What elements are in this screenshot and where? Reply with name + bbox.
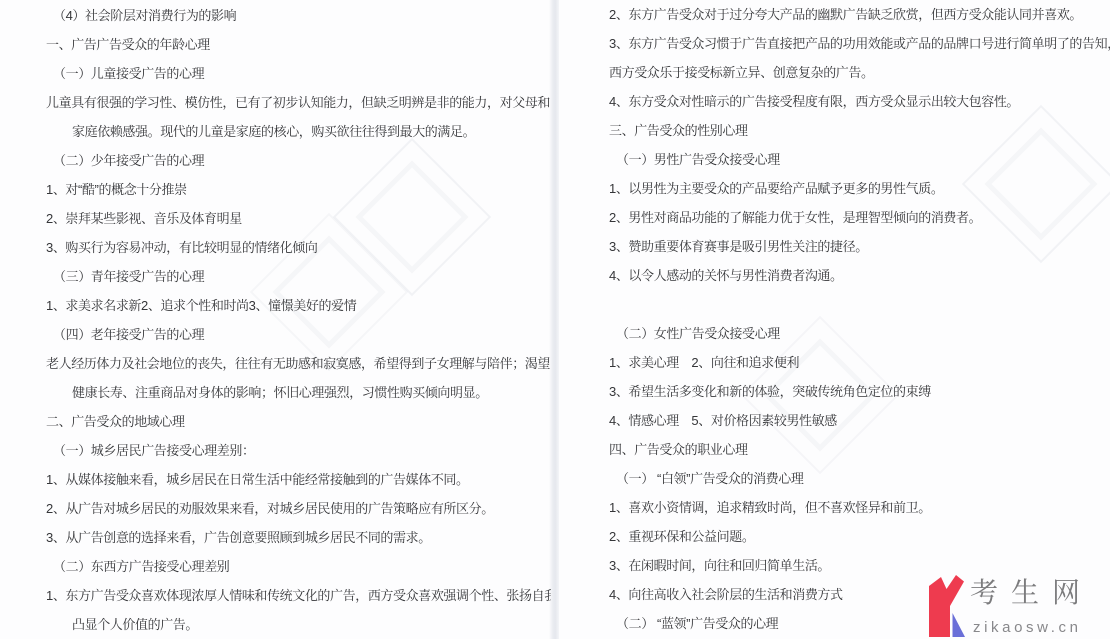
text-line: 儿童具有很强的学习性、模仿性，已有了初步认知能力，但缺乏明辨是非的能力，对父母和 — [46, 88, 551, 117]
text-line: （一） “白领”广告受众的消费心理 — [609, 464, 1110, 493]
text-line: 2、男性对商品功能的了解能力优于女性，是理智型倾向的消费者。 — [609, 203, 1110, 232]
text-line: 1、求美求名求新2、追求个性和时尚3、憧憬美好的爱情 — [46, 291, 551, 320]
text-line: 3、东方广告受众习惯于广告直接把产品的功用效能或产品的品牌口号进行简单明了的告知… — [609, 29, 1110, 58]
text-line: （一）男性广告受众接受心理 — [609, 145, 1110, 174]
text-line: 4、情感心理 5、对价格因素较男性敏感 — [609, 406, 1110, 435]
text-line: （四）老年接受广告的心理 — [46, 320, 551, 349]
text-line: （二）女性广告受众接受心理 — [609, 319, 1110, 348]
text-line: 1、东方广告受众喜欢体现浓厚人情味和传统文化的广告，西方受众喜欢强调个性、张扬自… — [46, 581, 551, 610]
text-line: 1、喜欢小资情调，追求精致时尚，但不喜欢怪异和前卫。 — [609, 493, 1110, 522]
text-line: 健康长寿、注重商品对身体的影响；怀旧心理强烈，习惯性购买倾向明显。 — [46, 378, 551, 407]
text-line: 2、重视环保和公益问题。 — [609, 522, 1110, 551]
text-line: 3、希望生活多变化和新的体验，突破传统角色定位的束缚 — [609, 377, 1110, 406]
site-watermark-logo: 考生网 zikaosw.cn — [928, 573, 1093, 637]
brand-domain-text: zikaosw.cn — [970, 619, 1093, 637]
text-line: 1、求美心理 2、向往和追求便利 — [609, 348, 1110, 377]
text-line: 3、购买行为容易冲动，有比较明显的情绪化倾向 — [46, 233, 551, 262]
text-line: （二）少年接受广告的心理 — [46, 146, 551, 175]
page-2-text: 2、东方广告受众对于过分夸大产品的幽默广告缺乏欣赏，但西方受众能认同并喜欢。3、… — [559, 0, 1110, 638]
text-line: （二）东西方广告接受心理差别 — [46, 552, 551, 581]
text-line: 3、从广告创意的选择来看，广告创意要照顾到城乡居民不同的需求。 — [46, 523, 551, 552]
page-1-text: （4）社会阶层对消费行为的影响一、广告广告受众的年龄心理（一）儿童接受广告的心理… — [0, 0, 551, 639]
text-line: （三）青年接受广告的心理 — [46, 262, 551, 291]
k-mark-icon — [928, 573, 965, 637]
text-line: 1、对“酷”的概念十分推崇 — [46, 175, 551, 204]
text-line: 4、东方受众对性暗示的广告接受程度有限，西方受众显示出较大包容性。 — [609, 87, 1110, 116]
text-line: 2、崇拜某些影视、音乐及体育明星 — [46, 204, 551, 233]
text-line: 二、广告受众的地域心理 — [46, 407, 551, 436]
text-line: （一）儿童接受广告的心理 — [46, 59, 551, 88]
text-line: 一、广告广告受众的年龄心理 — [46, 30, 551, 59]
text-line: 1、以男性为主要受众的产品要给产品赋予更多的男性气质。 — [609, 174, 1110, 203]
text-line: 四、广告受众的职业心理 — [609, 435, 1110, 464]
text-line: 2、从广告对城乡居民的劝服效果来看，对城乡居民使用的广告策略应有所区分。 — [46, 494, 551, 523]
brand-name-text: 考生网 — [970, 579, 1093, 609]
text-line: 凸显个人价值的广告。 — [46, 610, 551, 639]
text-line: （4）社会阶层对消费行为的影响 — [46, 1, 551, 30]
document-page-right[interactable]: 2、东方广告受众对于过分夸大产品的幽默广告缺乏欣赏，但西方受众能认同并喜欢。3、… — [559, 0, 1110, 639]
blank-line — [609, 290, 1110, 319]
k-mark-blue-triangle — [953, 613, 966, 637]
text-line: 西方受众乐于接受标新立异、创意复杂的广告。 — [609, 58, 1110, 87]
document-page-left[interactable]: （4）社会阶层对消费行为的影响一、广告广告受众的年龄心理（一）儿童接受广告的心理… — [0, 0, 551, 639]
brand-text-column: 考生网 zikaosw.cn — [970, 573, 1093, 637]
text-line: 家庭依赖感强。现代的儿童是家庭的核心，购买欲往往得到最大的满足。 — [46, 117, 551, 146]
text-line: 1、从媒体接触来看，城乡居民在日常生活中能经常接触到的广告媒体不同。 — [46, 465, 551, 494]
document-viewport: （4）社会阶层对消费行为的影响一、广告广告受众的年龄心理（一）儿童接受广告的心理… — [0, 0, 1110, 639]
text-line: 三、广告受众的性别心理 — [609, 116, 1110, 145]
text-line: 3、赞助重要体育赛事是吸引男性关注的捷径。 — [609, 232, 1110, 261]
text-line: 2、东方广告受众对于过分夸大产品的幽默广告缺乏欣赏，但西方受众能认同并喜欢。 — [609, 0, 1110, 29]
text-line: 4、以令人感动的关怀与男性消费者沟通。 — [609, 261, 1110, 290]
text-line: 老人经历体力及社会地位的丧失，往往有无助感和寂寞感，希望得到子女理解与陪伴；渴望 — [46, 349, 551, 378]
text-line: （一）城乡居民广告接受心理差别： — [46, 436, 551, 465]
